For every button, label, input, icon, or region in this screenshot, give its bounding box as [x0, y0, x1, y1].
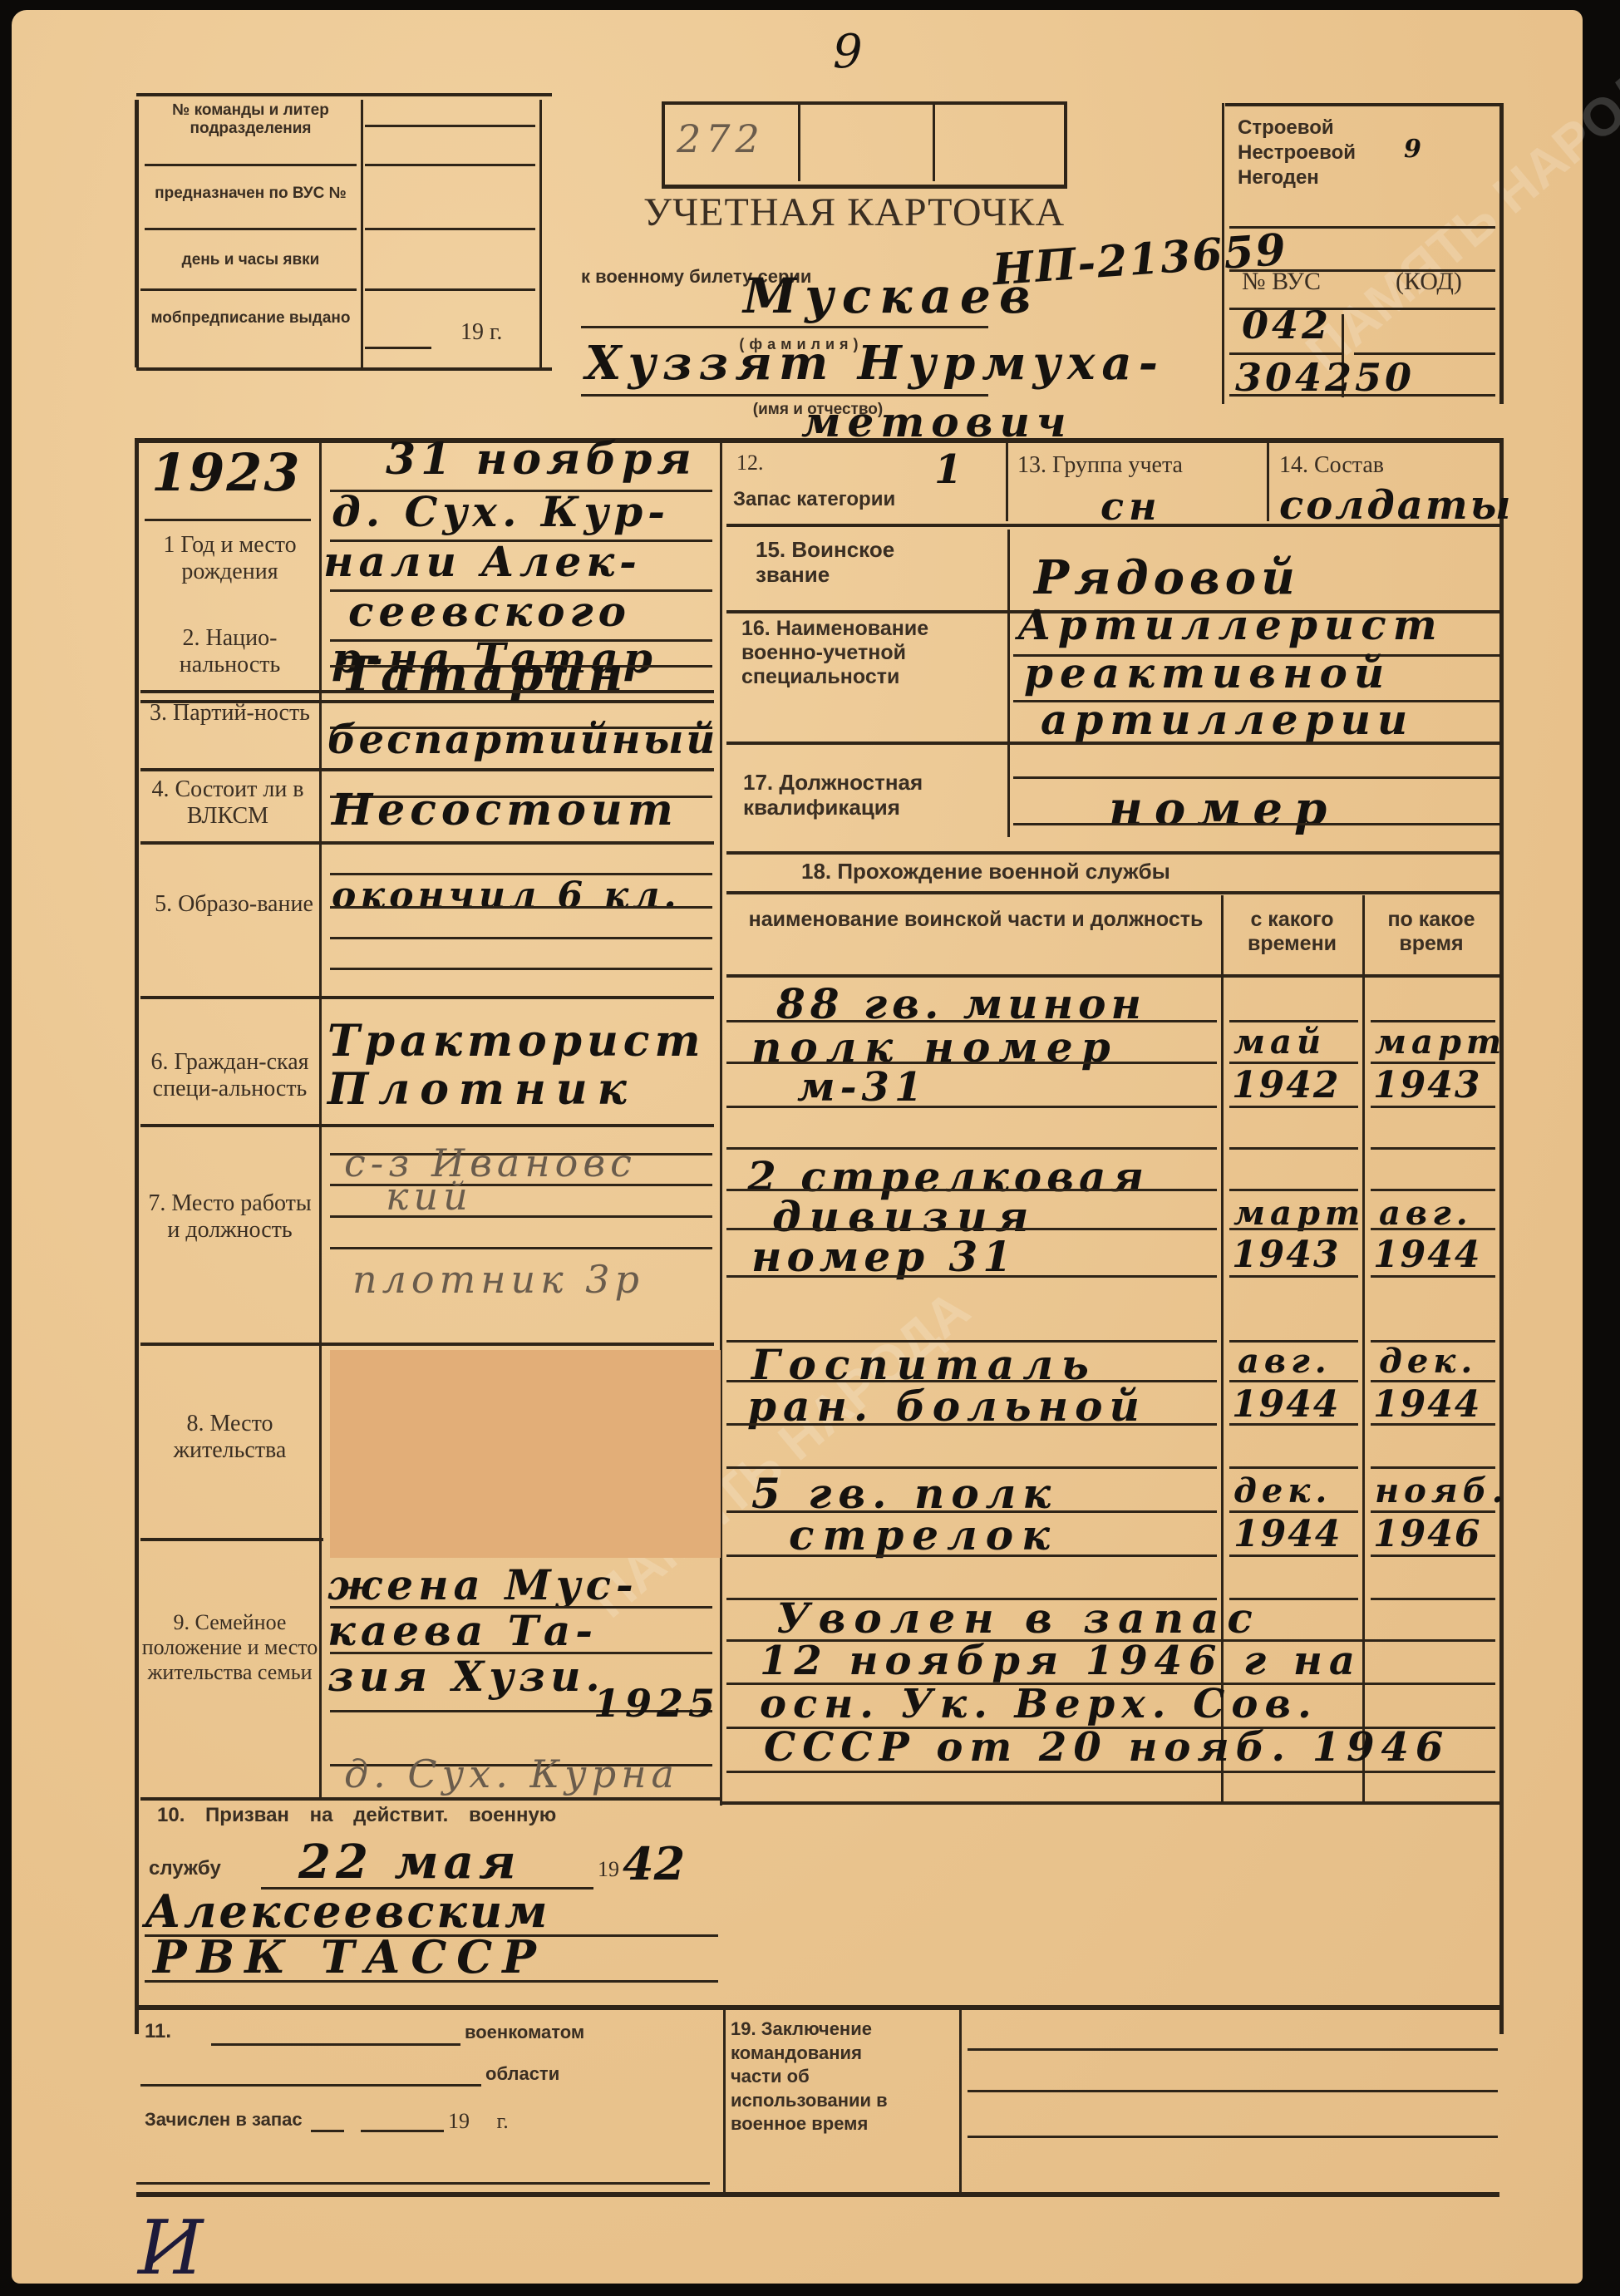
- service-to-month: март: [1375, 1022, 1506, 1062]
- field-label-rank: 15. Воинское звание: [756, 538, 938, 588]
- family-line6: д. Сух. Курна: [344, 1752, 679, 1796]
- service-unit-line: стрелок: [789, 1510, 1058, 1559]
- record-card: ПАМЯТЬ НАРОДА ПАМЯТЬ НАРОДА 9 № команды …: [12, 10, 1583, 2284]
- birth-year: 1923: [151, 442, 302, 503]
- card-title: УЧЕТНАЯ КАРТОЧКА: [643, 190, 1065, 235]
- service-to-year: 1944: [1373, 1234, 1481, 1276]
- birth-date: 31 ноября: [386, 434, 697, 485]
- vus-number: 042: [1242, 303, 1332, 347]
- stamp-number: 272: [677, 116, 765, 161]
- birth-place-line2: нали Алек-: [323, 537, 642, 586]
- oblast-label: области: [485, 2063, 559, 2084]
- discharge-line: 12 ноября 1946 г на: [760, 1638, 1361, 1684]
- nationality-value: Татарин: [340, 646, 628, 702]
- family-line2: каева Та-: [327, 1606, 598, 1655]
- field-label-military-specialty: 16. Наименование военно-учетной специаль…: [741, 617, 991, 688]
- service-to-month: дек.: [1379, 1342, 1477, 1381]
- fitness-option-combat: Строевой: [1238, 116, 1334, 140]
- f12-number: 12.: [736, 451, 764, 475]
- service-unit-line: м-31: [797, 1064, 927, 1111]
- service-to-month: нояб.: [1375, 1471, 1509, 1510]
- workplace-line3: плотник 3р: [352, 1257, 644, 1302]
- discharge-line: СССР от 20 нояб. 1946: [764, 1724, 1450, 1771]
- record-group-value: сн: [1101, 484, 1162, 529]
- service-from-month: май: [1233, 1022, 1326, 1062]
- field-label-qualification: 17. Должностная квалификация: [743, 771, 992, 820]
- workplace-line2: кий: [386, 1174, 473, 1219]
- fitness-mark: 9: [1404, 135, 1426, 164]
- field-label-residence: 8. Место жительства: [145, 1411, 315, 1464]
- field-label-birth: 1 Год и место рождения: [145, 532, 315, 585]
- column-header-unit: наименование воинской части и должность: [735, 908, 1217, 932]
- code-number: 304250: [1235, 355, 1415, 400]
- education-value: окончил 6 кл.: [332, 875, 681, 917]
- rank-value: Рядовой: [1034, 550, 1300, 605]
- family-line1: жена Мус-: [327, 1560, 638, 1609]
- service-from-month: дек.: [1233, 1471, 1332, 1510]
- surname: Мускаев: [743, 268, 1039, 324]
- reserve-label: Зачислен в запас: [145, 2109, 303, 2130]
- redacted-residence: [330, 1350, 721, 1558]
- service-from-year: 1942: [1232, 1064, 1340, 1106]
- field-label-education: 5. Образо-вание: [153, 891, 315, 918]
- field-label-command-number: № команды и литер подразделения: [145, 101, 357, 138]
- conscription-year: 42: [623, 1837, 685, 1890]
- fitness-option-unfit: Негоден: [1238, 166, 1319, 190]
- name-patronymic: Хуззят Нурмуха-: [585, 336, 1165, 391]
- column-header-to: по какое время: [1365, 908, 1498, 956]
- service-from-month: март: [1233, 1194, 1365, 1233]
- field-label-command-conclusion: 19. Заключение командования части об исп…: [731, 2018, 897, 2136]
- service-to-year: 1943: [1373, 1064, 1481, 1106]
- party-value: беспартийный: [327, 717, 717, 763]
- birth-place-line3: сеевского: [348, 587, 631, 636]
- page-number: 9: [833, 25, 868, 79]
- military-specialty-line3: артиллерии: [1041, 695, 1414, 744]
- field-label-party: 3. Партий-ность: [145, 700, 315, 727]
- conscription-year-prefix: 19: [598, 1857, 619, 1882]
- field-label-family: 9. Семейное положение и место жительства…: [140, 1610, 319, 1685]
- military-specialty-line2: реактивной: [1024, 648, 1391, 697]
- field-label-vus-assigned: предназначен по ВУС №: [145, 185, 357, 203]
- field-label-day-hours: день и часы явки: [145, 251, 357, 269]
- service-to-month: авг.: [1379, 1194, 1473, 1233]
- fitness-option-noncombat: Нестроевой: [1238, 141, 1356, 165]
- mob-order-year: 19 г.: [460, 319, 502, 346]
- birth-place-line1: д. Сух. Кур-: [332, 487, 670, 536]
- field-label-workplace: 7. Место работы и должность: [145, 1190, 315, 1244]
- civil-specialty-line1: Тракторист: [327, 1016, 706, 1067]
- conscription-office-line2: РВК ТАССР: [153, 1930, 546, 1983]
- discharge-line: Уволен в запас: [776, 1594, 1261, 1643]
- field-label-service: службу: [149, 1857, 221, 1880]
- service-from-year: 1943: [1232, 1234, 1340, 1276]
- field-label-record-group: 13. Группа учета: [1017, 452, 1183, 479]
- family-line3: зия Хузи.: [327, 1652, 605, 1701]
- column-header-from: с какого времени: [1224, 908, 1361, 956]
- civil-specialty-line2: Плотник: [327, 1064, 637, 1115]
- service-to-year: 1946: [1373, 1513, 1481, 1555]
- service-unit-line: номер 31: [751, 1232, 1017, 1281]
- vus-label: № ВУС: [1242, 268, 1321, 297]
- field-label-civil-specialty: 6. Граждан-ская специ-альность: [145, 1049, 315, 1102]
- composition-value: солдаты: [1279, 482, 1513, 529]
- military-specialty-line1: Артиллерист: [1017, 600, 1444, 649]
- code-label: (КОД): [1396, 268, 1462, 297]
- discharge-line: осн. Ук. Верх. Сов.: [760, 1681, 1318, 1727]
- qualification-value: номер: [1109, 781, 1338, 836]
- field-label-nationality: 2. Нацио-нальность: [145, 625, 315, 678]
- service-from-month: авг.: [1238, 1342, 1332, 1381]
- service-from-year: 1944: [1233, 1513, 1342, 1555]
- field-label-composition: 14. Состав: [1279, 452, 1384, 479]
- field-label-conscription: 10. Призван на действит. военную: [157, 1804, 556, 1827]
- family-line4: 1925: [593, 1681, 720, 1726]
- bottom-handwritten-mark: И: [138, 2205, 209, 2292]
- field-label-komsomol: 4. Состоит ли в ВЛКСМ: [136, 776, 319, 830]
- service-from-year: 1944: [1232, 1383, 1340, 1426]
- conscription-date: 22 мая: [298, 1835, 521, 1890]
- reserve-category-value: 1: [934, 446, 967, 493]
- field-label-mob-order: мобпредписание выдано: [145, 309, 357, 328]
- service-to-year: 1944: [1373, 1383, 1481, 1426]
- service-table-title: 18. Прохождение военной службы: [801, 860, 1170, 884]
- field-label-reserve-category: Запас категории: [733, 488, 895, 511]
- voenkomat-label: военкоматом: [465, 2022, 584, 2042]
- f11-number: 11.: [145, 2020, 171, 2043]
- reserve-year: 19 г.: [448, 2109, 509, 2134]
- komsomol-value: Несостоит: [332, 785, 678, 835]
